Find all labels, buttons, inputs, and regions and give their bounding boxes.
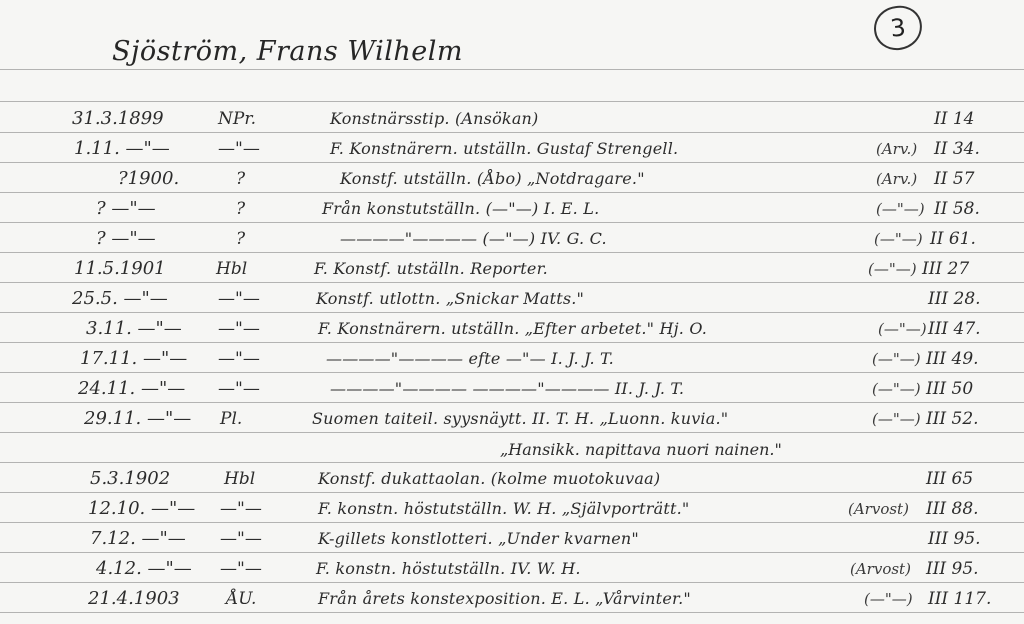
entry-reference: III 95. (928, 526, 981, 552)
entry-source: (—"—) (868, 256, 917, 282)
entry-description: Konstnärsstip. (Ansökan) (330, 106, 539, 132)
entry-reference: III 65 (926, 466, 973, 492)
entry-date: 25.5. —"— (72, 286, 168, 312)
ruled-line (0, 69, 1024, 70)
entry-description: Konstf. dukattaolan. (kolme muotokuvaa) (318, 466, 660, 492)
entry-date: 24.11. —"— (78, 376, 185, 402)
entry-description: ————"———— ————"———— II. J. J. T. (330, 376, 684, 402)
entry-reference: III 50 (926, 376, 973, 402)
entry-description: K-gillets konstlotteri. „Under kvarnen" (318, 526, 639, 552)
entry-source: (Arvost) (850, 556, 911, 582)
entry-reference: III 28. (928, 286, 981, 312)
entry-source: (—"—) (872, 376, 921, 402)
entry-description: F. Konstnärern. utställn. „Efter arbetet… (318, 316, 707, 342)
entry-publication: —"— (220, 526, 262, 552)
entry-publication: Pl. (220, 406, 242, 432)
entry-date: 5.3.1902 (90, 466, 170, 492)
card-number-circle: 3 (872, 4, 924, 53)
entry-row: 21.4.1903 ÅU. Från årets konstexposition… (0, 584, 1024, 614)
entry-reference: II 57 (934, 166, 974, 192)
entry-reference: III 95. (926, 556, 979, 582)
entry-date: 17.11. —"— (80, 346, 187, 372)
entry-date: ? —"— (96, 196, 156, 222)
entry-date: 31.3.1899 (72, 106, 164, 132)
entry-publication: —"— (218, 286, 260, 312)
entry-description: Konstf. utställn. (Åbo) „Notdragare." (340, 166, 645, 192)
entry-description: ————"———— (—"—) IV. G. C. (340, 226, 607, 252)
entry-reference: III 49. (926, 346, 979, 372)
entry-source: (Arvost) (848, 496, 909, 522)
entry-row: ? —"— ? ————"———— (—"—) IV. G. C. (—"—) … (0, 224, 1024, 254)
entry-description: Suomen taiteil. syysnäytt. II. T. H. „Lu… (312, 406, 728, 432)
entry-row: 4.12. —"— —"— F. konstn. höstutställn. I… (0, 554, 1024, 584)
entry-publication: Hbl (216, 256, 247, 282)
entry-description: Från konstutställn. (—"—) I. E. L. (322, 196, 599, 222)
ruled-line (0, 462, 1024, 463)
entry-row: 25.5. —"— —"— Konstf. utlottn. „Snickar … (0, 284, 1024, 314)
entry-publication: ? (236, 226, 245, 252)
entry-date: 3.11. —"— (86, 316, 182, 342)
entry-publication: —"— (218, 376, 260, 402)
entry-reference: III 88. (926, 496, 979, 522)
entry-source: (Arv.) (876, 166, 917, 192)
entry-row: 1.11. —"— —"— F. Konstnärern. utställn. … (0, 134, 1024, 164)
entry-date: ?1900. (118, 166, 179, 192)
entry-date: 12.10. —"— (88, 496, 195, 522)
entry-row: 31.3.1899 NPr. Konstnärsstip. (Ansökan) … (0, 104, 1024, 134)
entry-source: (—"—) (878, 316, 927, 342)
entry-row: 12.10. —"— —"— F. konstn. höstutställn. … (0, 494, 1024, 524)
entry-row: 5.3.1902 Hbl Konstf. dukattaolan. (kolme… (0, 464, 1024, 494)
entry-row: 7.12. —"— —"— K-gillets konstlotteri. „U… (0, 524, 1024, 554)
entry-source: (—"—) (872, 346, 921, 372)
entry-reference: II 14 (934, 106, 974, 132)
entry-publication: —"— (218, 136, 260, 162)
entry-row: ?1900. ? Konstf. utställn. (Åbo) „Notdra… (0, 164, 1024, 194)
entry-publication: —"— (218, 346, 260, 372)
entry-description: ————"———— efte —"— I. J. J. T. (326, 346, 614, 372)
entry-reference: III 27 (922, 256, 969, 282)
entry-description: Från årets konstexposition. E. L. „Vårvi… (318, 586, 691, 612)
entry-row: ? —"— ? Från konstutställn. (—"—) I. E. … (0, 194, 1024, 224)
entry-continuation-line: „Hansikk. napittava nuori nainen." (500, 440, 782, 459)
entry-reference: II 58. (934, 196, 980, 222)
entry-publication: ÅU. (226, 586, 256, 612)
entry-source: (—"—) (874, 226, 923, 252)
entry-date: 1.11. —"— (74, 136, 170, 162)
entry-description: F. konstn. höstutställn. IV. W. H. (316, 556, 581, 582)
person-name-heading: Sjöström, Frans Wilhelm (112, 36, 463, 67)
entry-date: 4.12. —"— (96, 556, 192, 582)
archive-index-card: 3 Sjöström, Frans Wilhelm 31.3.1899 NPr.… (0, 0, 1024, 624)
entry-source: (—"—) (864, 586, 913, 612)
entry-publication: NPr. (218, 106, 256, 132)
entry-publication: ? (236, 196, 245, 222)
entry-publication: —"— (220, 496, 262, 522)
entry-publication: —"— (220, 556, 262, 582)
entry-description: F. Konstf. utställn. Reporter. (314, 256, 548, 282)
entry-date: 7.12. —"— (90, 526, 186, 552)
ruled-line (0, 101, 1024, 102)
entry-reference: II 34. (934, 136, 980, 162)
entry-date: 29.11. —"— (84, 406, 191, 432)
entry-date: 21.4.1903 (88, 586, 180, 612)
entry-row: 29.11. —"— Pl. Suomen taiteil. syysnäytt… (0, 404, 1024, 434)
entry-date: 11.5.1901 (74, 256, 166, 282)
entry-publication: —"— (218, 316, 260, 342)
entry-publication: Hbl (224, 466, 255, 492)
entry-reference: III 117. (928, 586, 991, 612)
entry-source: (—"—) (876, 196, 925, 222)
entry-row: 3.11. —"— —"— F. Konstnärern. utställn. … (0, 314, 1024, 344)
entry-description: F. konstn. höstutställn. W. H. „Självpor… (318, 496, 689, 522)
entry-reference: II 61. (930, 226, 976, 252)
entry-description: Konstf. utlottn. „Snickar Matts." (316, 286, 584, 312)
entry-description: F. Konstnärern. utställn. Gustaf Strenge… (330, 136, 678, 162)
entry-date: ? —"— (96, 226, 156, 252)
entry-source: (—"—) (872, 406, 921, 432)
entry-row: 11.5.1901 Hbl F. Konstf. utställn. Repor… (0, 254, 1024, 284)
entry-reference: III 47. (928, 316, 981, 342)
entry-publication: ? (236, 166, 245, 192)
entry-row: 24.11. —"— —"— ————"———— ————"———— II. J… (0, 374, 1024, 404)
entry-source: (Arv.) (876, 136, 917, 162)
entry-row: 17.11. —"— —"— ————"———— efte —"— I. J. … (0, 344, 1024, 374)
entry-reference: III 52. (926, 406, 979, 432)
